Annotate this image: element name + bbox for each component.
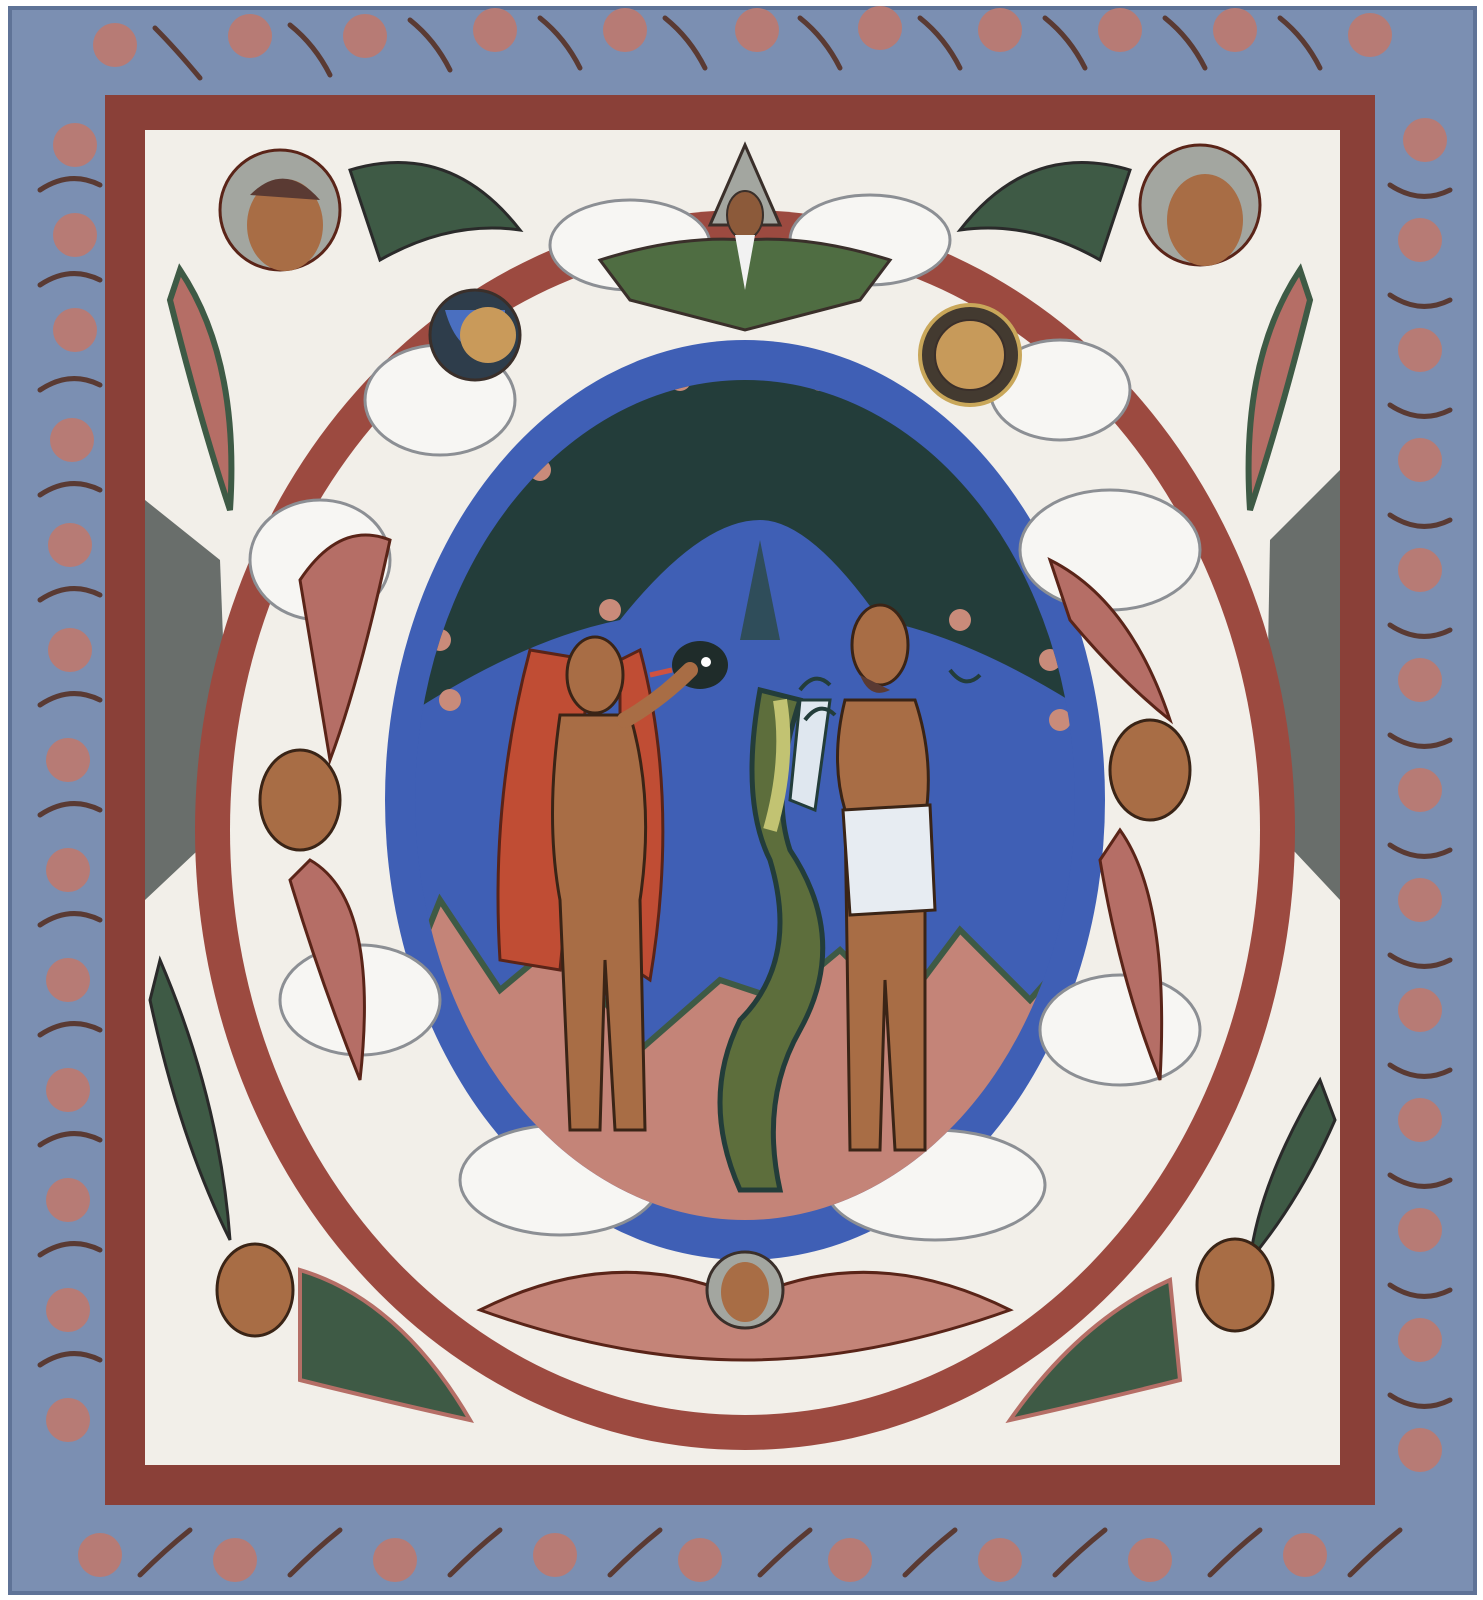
painting <box>0 0 1483 1600</box>
moon <box>430 290 520 380</box>
sun <box>920 305 1020 405</box>
